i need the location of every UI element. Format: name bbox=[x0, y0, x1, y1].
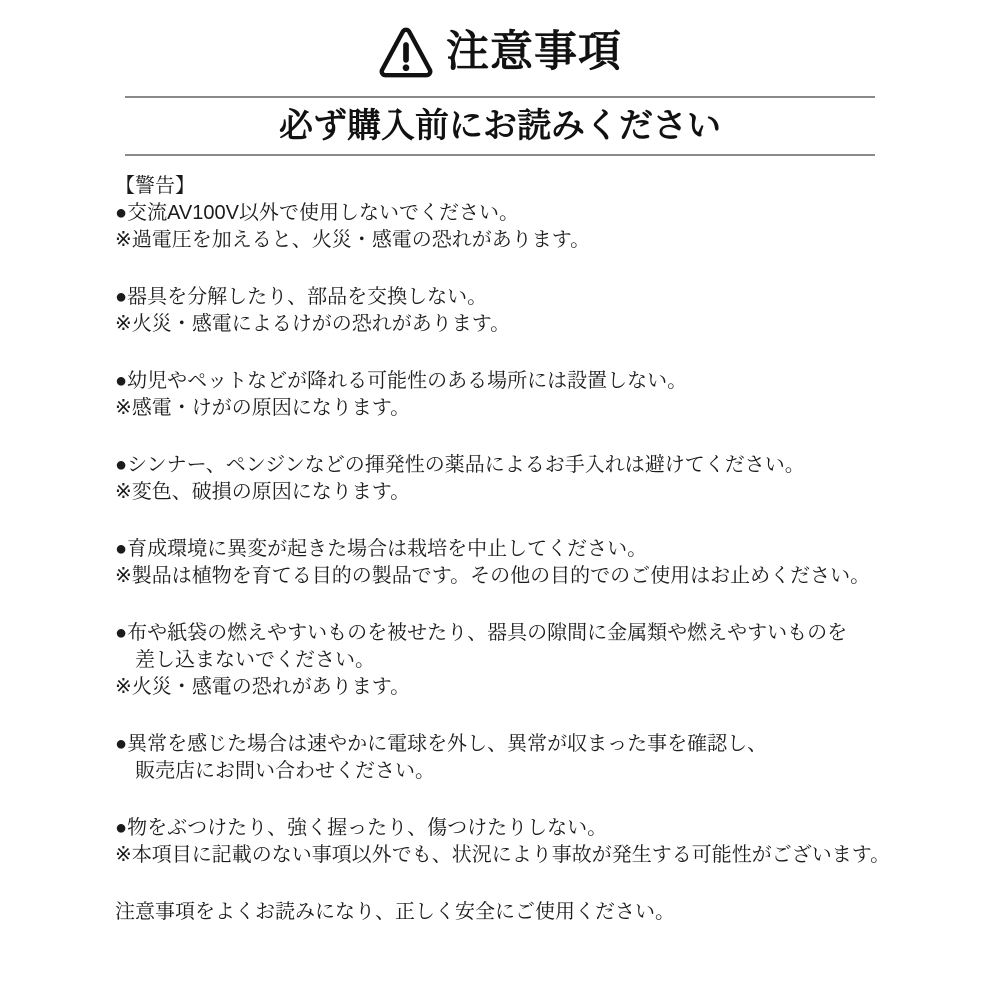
page-header: 注意事項 bbox=[0, 0, 1000, 88]
warning-triangle-icon bbox=[378, 24, 434, 80]
warning-line: ●交流AV100V以外で使用しないでください。 bbox=[115, 200, 900, 227]
warning-line: ●器具を分解したり、部品を交換しない。 bbox=[115, 284, 900, 311]
caution-note-line: ※過電圧を加えると、火災・感電の恐れがあります。 bbox=[115, 227, 900, 254]
warning-block-power: ●交流AV100V以外で使用しないでください。 ※過電圧を加えると、火災・感電の… bbox=[115, 200, 900, 254]
warning-block-children-pets: ●幼児やペットなどが降れる可能性のある場所には設置しない。 ※感電・けがの原因に… bbox=[115, 368, 900, 422]
caution-note-line: ※火災・感電の恐れがあります。 bbox=[115, 674, 900, 701]
subtitle: 必ず購入前にお読みください bbox=[0, 98, 1000, 154]
warning-block-abnormality: ●異常を感じた場合は速やかに電球を外し、異常が収まった事を確認し、 販売店にお問… bbox=[115, 731, 900, 785]
warning-line: ●物をぶつけたり、強く握ったり、傷つけたりしない。 bbox=[115, 815, 900, 842]
warning-line: ●幼児やペットなどが降れる可能性のある場所には設置しない。 bbox=[115, 368, 900, 395]
caution-note-line: ※感電・けがの原因になります。 bbox=[115, 395, 900, 422]
warning-line: ●育成環境に異変が起きた場合は栽培を中止してください。 bbox=[115, 536, 900, 563]
warning-block-flammables: ●布や紙袋の燃えやすいものを被せたり、器具の隙間に金属類や燃えやすいものを 差し… bbox=[115, 620, 900, 701]
warning-block-cultivation: ●育成環境に異変が起きた場合は栽培を中止してください。 ※製品は植物を育てる目的… bbox=[115, 536, 900, 590]
warning-line-continued: 差し込まないでください。 bbox=[115, 647, 900, 674]
warning-block-impact: ●物をぶつけたり、強く握ったり、傷つけたりしない。 ※本項目に記載のない事項以外… bbox=[115, 815, 900, 869]
section-label: 【警告】 bbox=[115, 173, 900, 200]
warning-line: ●異常を感じた場合は速やかに電球を外し、異常が収まった事を確認し、 bbox=[115, 731, 900, 758]
page-title: 注意事項 bbox=[446, 31, 622, 74]
warning-line: ●シンナー、ペンジンなどの揮発性の薬品によるお手入れは避けてください。 bbox=[115, 452, 900, 479]
warning-block-disassembly: ●器具を分解したり、部品を交換しない。 ※火災・感電によるけがの恐れがあります。 bbox=[115, 284, 900, 338]
warning-block-solvents: ●シンナー、ペンジンなどの揮発性の薬品によるお手入れは避けてください。 ※変色、… bbox=[115, 452, 900, 506]
caution-note-line: ※変色、破損の原因になります。 bbox=[115, 479, 900, 506]
closing-note: 注意事項をよくお読みになり、正しく安全にご使用ください。 bbox=[115, 899, 900, 926]
warning-line: ●布や紙袋の燃えやすいものを被せたり、器具の隙間に金属類や燃えやすいものを bbox=[115, 620, 900, 647]
caution-document: 注意事項 必ず購入前にお読みください 【警告】 ●交流AV100V以外で使用しな… bbox=[0, 0, 1000, 1000]
caution-note-line: ※本項目に記載のない事項以外でも、状況により事故が発生する可能性がございます。 bbox=[115, 842, 900, 869]
warning-line-continued: 販売店にお問い合わせください。 bbox=[115, 758, 900, 785]
caution-note-line: ※製品は植物を育てる目的の製品です。その他の目的でのご使用はお止めください。 bbox=[115, 563, 900, 590]
caution-note-line: ※火災・感電によるけがの恐れがあります。 bbox=[115, 311, 900, 338]
warnings-section: 【警告】 ●交流AV100V以外で使用しないでください。 ※過電圧を加えると、火… bbox=[0, 156, 1000, 926]
